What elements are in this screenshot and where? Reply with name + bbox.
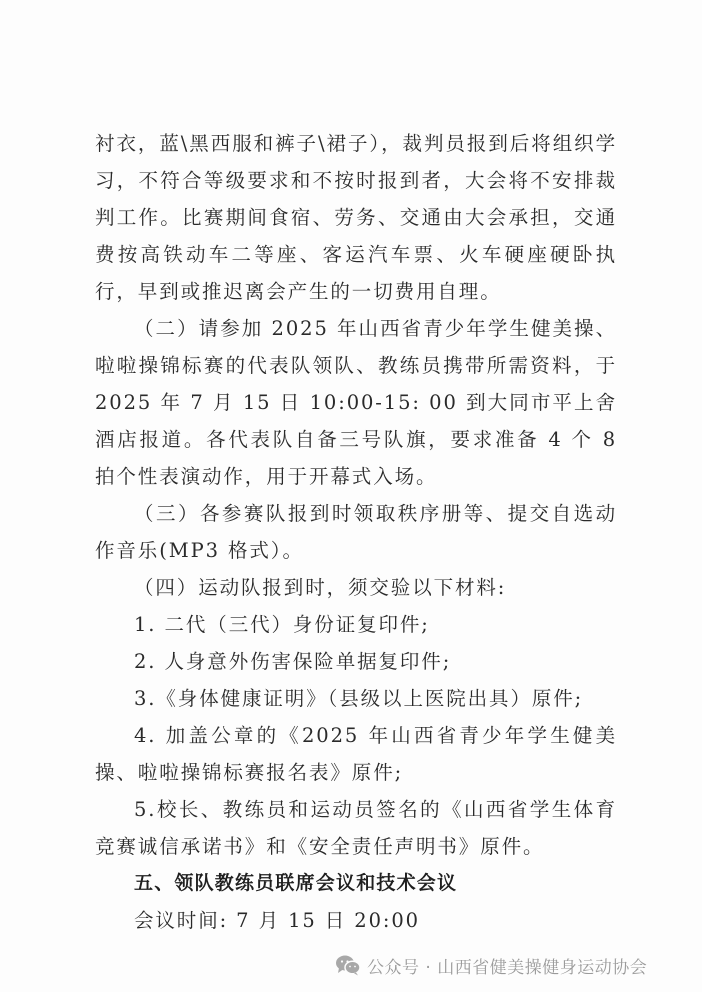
- paragraph-music-submission: （三）各参赛队报到时领取秩序册等、提交自选动作音乐(MP3 格式）。: [95, 495, 617, 569]
- meeting-time: 会议时间: 7 月 15 日 20:00: [95, 902, 617, 939]
- paragraph-team-registration: （二）请参加 2025 年山西省青少年学生健美操、啦啦操锦标赛的代表队领队、教练…: [95, 310, 617, 495]
- list-item-id-copy: 1. 二代（三代）身份证复印件;: [95, 606, 617, 643]
- list-item-health-certificate: 3.《身体健康证明》（县级以上医院出具）原件;: [95, 680, 617, 717]
- list-item-insurance: 2. 人身意外伤害保险单据复印件;: [95, 643, 617, 680]
- paragraph-materials-intro: （四）运动队报到时，须交验以下材料:: [95, 569, 617, 606]
- watermark-label: 公众号 · 山西省健美操健身运动协会: [367, 953, 647, 978]
- list-item-integrity-pledge: 5.校长、教练员和运动员签名的《山西省学生体育竞赛诚信承诺书》和《安全责任声明书…: [95, 791, 617, 865]
- list-item-registration-form: 4. 加盖公章的《2025 年山西省青少年学生健美操、啦啦操锦标赛报名表》原件;: [95, 717, 617, 791]
- document-body: 衬衣，蓝\黑西服和裤子\裙子），裁判员报到后将组织学习，不符合等级要求和不按时报…: [95, 125, 617, 939]
- wechat-icon: [335, 954, 361, 976]
- watermark-footer: 公众号 · 山西省健美操健身运动协会: [335, 951, 647, 979]
- paragraph-referee-arrangements: 衬衣，蓝\黑西服和裤子\裙子），裁判员报到后将组织学习，不符合等级要求和不按时报…: [95, 125, 617, 310]
- section-heading-meetings: 五、领队教练员联席会议和技术会议: [95, 865, 617, 902]
- document-page: 衬衣，蓝\黑西服和裤子\裙子），裁判员报到后将组织学习，不符合等级要求和不按时报…: [0, 0, 702, 992]
